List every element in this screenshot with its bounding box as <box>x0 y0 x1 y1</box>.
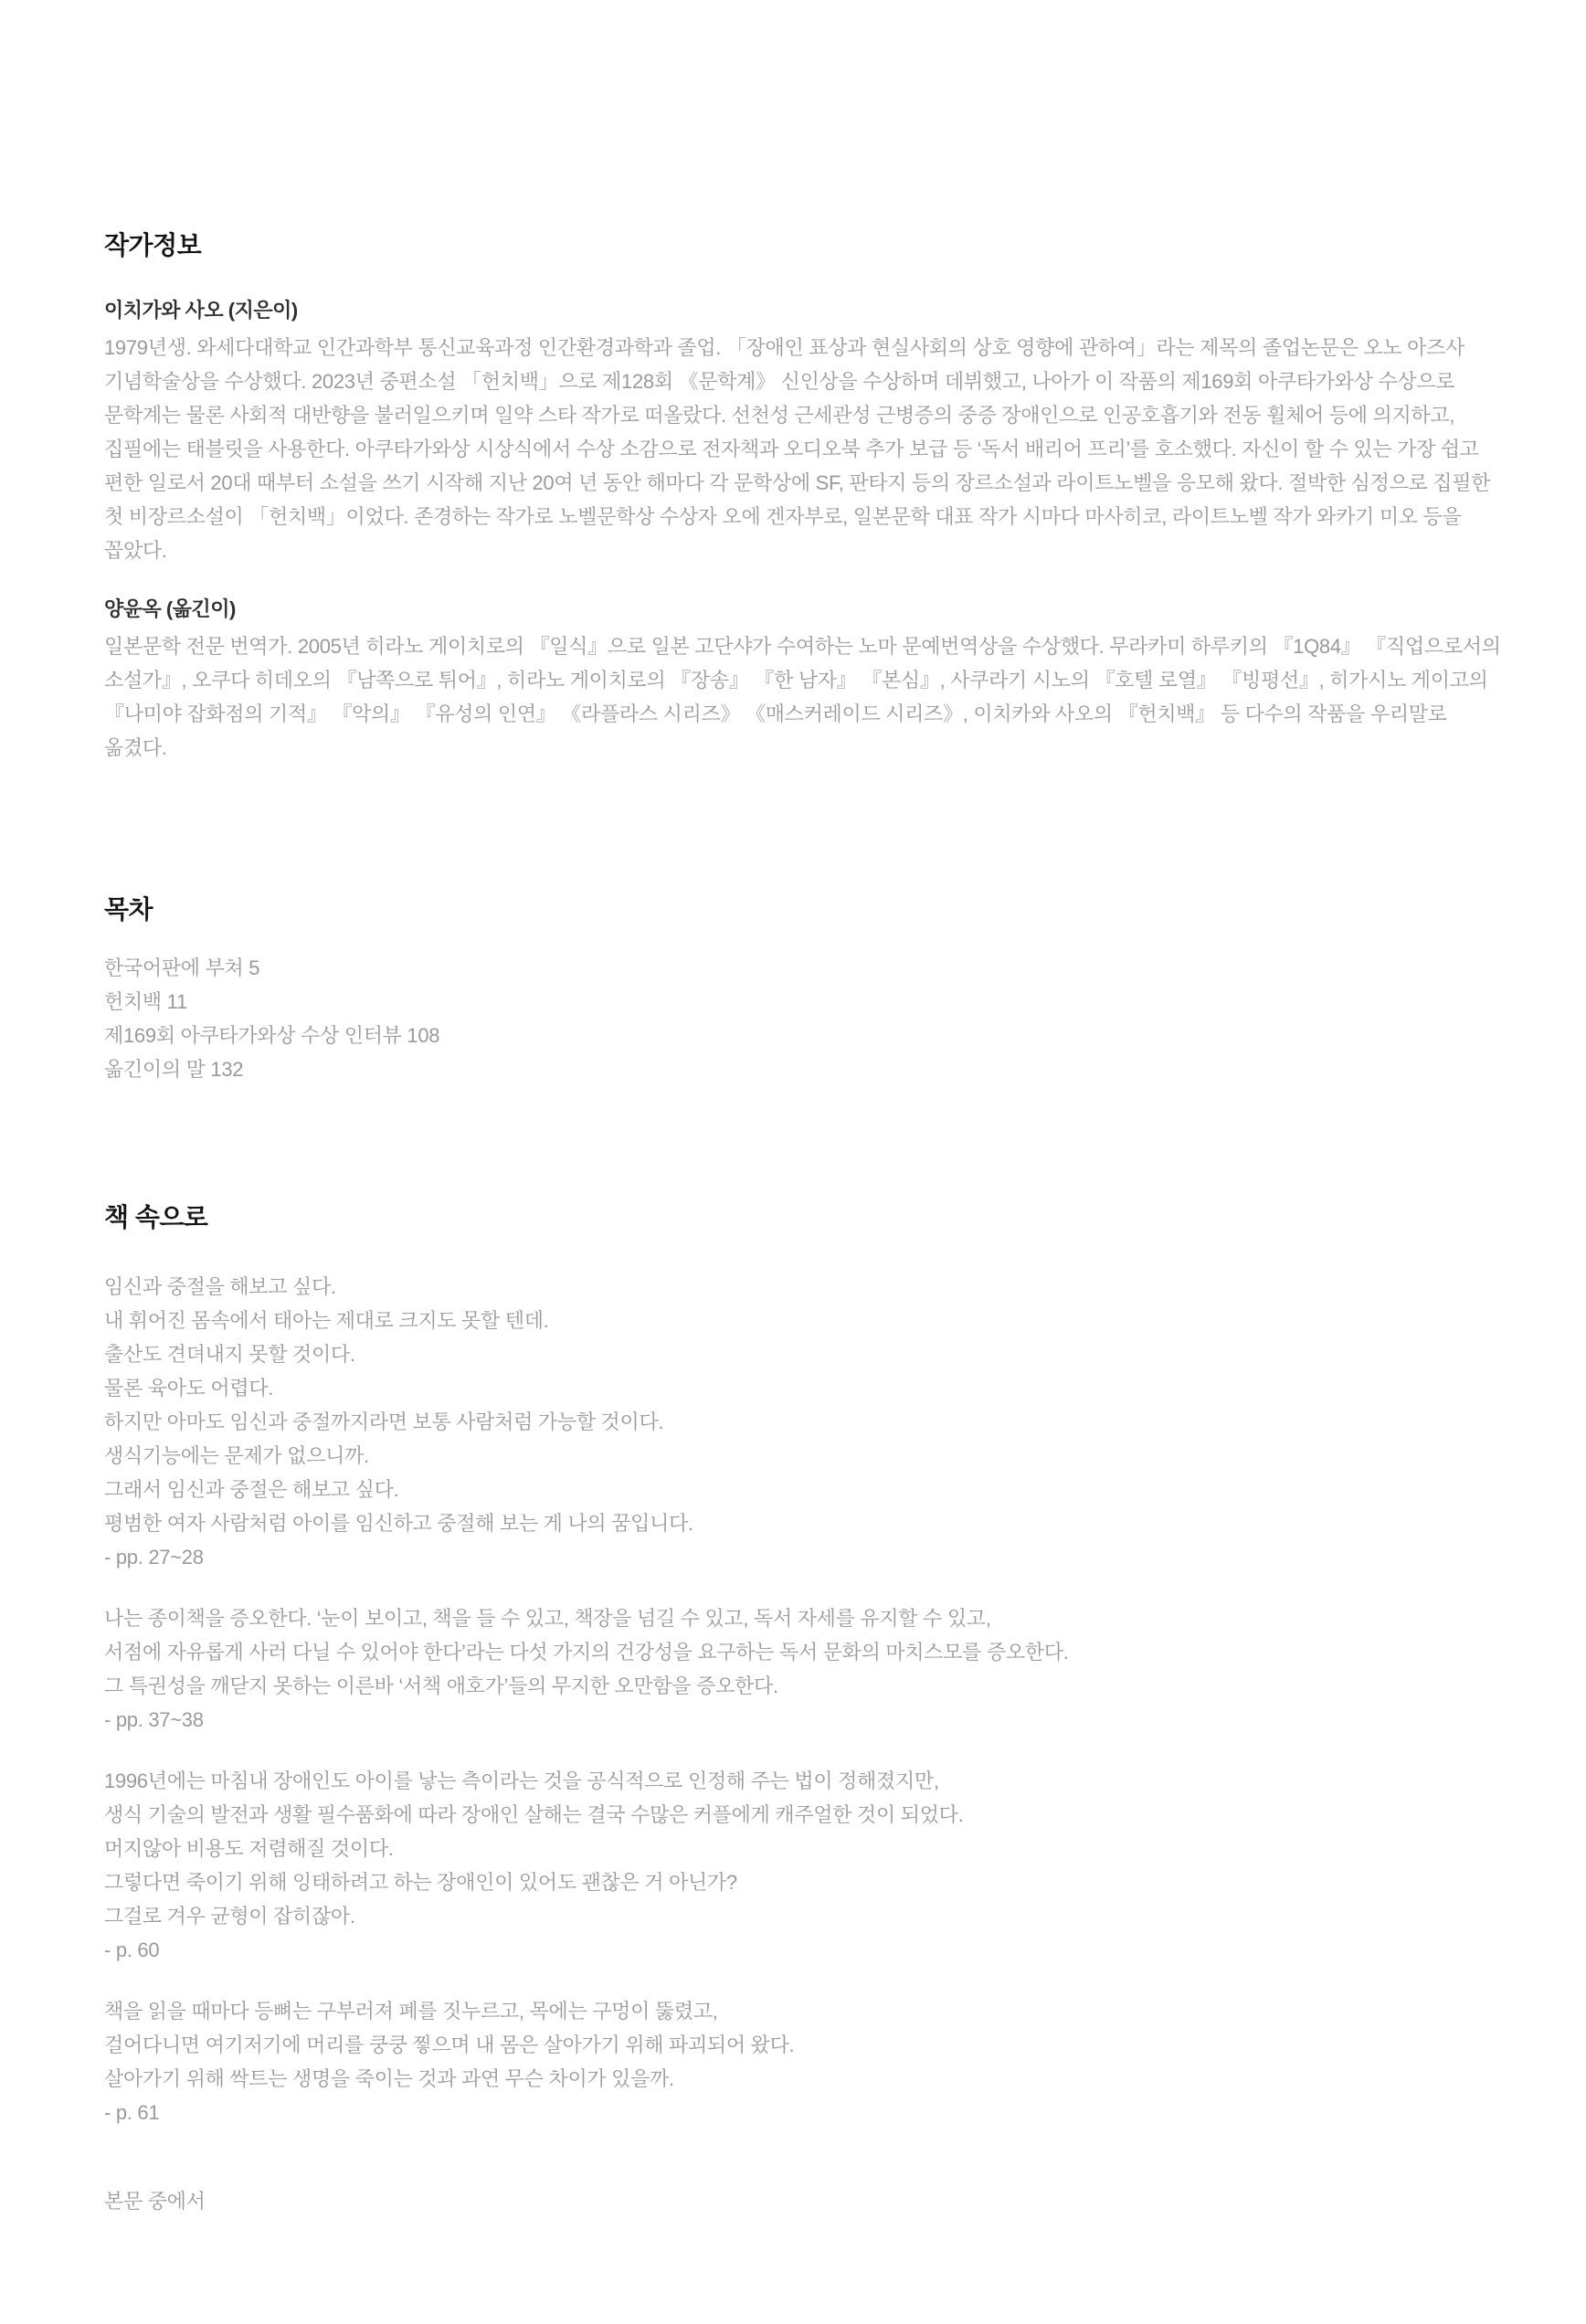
excerpt-quote: 1996년에는 마침내 장애인도 아이를 낳는 측이라는 것을 공식적으로 인정… <box>104 1764 1507 1967</box>
section-author-info: 작가정보 이치가와 사오 (지은이) 1979년생. 와세다대학교 인간과학부 … <box>104 230 1507 765</box>
excerpt-page-ref: - p. 61 <box>104 2096 1507 2129</box>
toc-item: 헌치백 11 <box>104 985 1507 1019</box>
translator-name: 양윤옥 (옮긴이) <box>104 595 1507 624</box>
excerpt-source-label: 본문 중에서 <box>104 2184 1507 2218</box>
excerpt-text: 책을 읽을 때마다 등뼈는 구부러져 폐를 짓누르고, 목에는 구멍이 뚫렸고,… <box>104 1994 1507 2096</box>
excerpt-text: 임신과 중절을 해보고 싶다. 내 휘어진 몸속에서 태아는 제대로 크지도 못… <box>104 1270 1507 1540</box>
author-block: 이치가와 사오 (지은이) 1979년생. 와세다대학교 인간과학부 통신교육과… <box>104 296 1507 567</box>
excerpt-page-ref: - pp. 37~38 <box>104 1703 1507 1737</box>
author-bio: 1979년생. 와세다대학교 인간과학부 통신교육과정 인간환경과학과 졸업. … <box>104 331 1507 567</box>
translator-bio: 일본문학 전문 번역가. 2005년 히라노 게이치로의 『일식』으로 일본 고… <box>104 629 1507 765</box>
excerpt-text: 나는 종이책을 증오한다. ‘눈이 보이고, 책을 들 수 있고, 책장을 넘길… <box>104 1601 1507 1703</box>
section-book-excerpts: 책 속으로 임신과 중절을 해보고 싶다. 내 휘어진 몸속에서 태아는 제대로… <box>104 1202 1507 2218</box>
toc-section-title: 목차 <box>104 894 1507 925</box>
book-detail-page: 작가정보 이치가와 사오 (지은이) 1979년생. 와세다대학교 인간과학부 … <box>0 0 1586 2324</box>
excerpts-section-title: 책 속으로 <box>104 1202 1507 1233</box>
excerpt-page-ref: - p. 60 <box>104 1933 1507 1967</box>
section-toc: 목차 한국어판에 부쳐 5 헌치백 11 제169회 아쿠타가와상 수상 인터뷰… <box>104 894 1507 1086</box>
author-info-section-title: 작가정보 <box>104 230 1507 261</box>
excerpt-text: 1996년에는 마침내 장애인도 아이를 낳는 측이라는 것을 공식적으로 인정… <box>104 1764 1507 1933</box>
toc-item: 제169회 아쿠타가와상 수상 인터뷰 108 <box>104 1019 1507 1052</box>
excerpt-quote: 나는 종이책을 증오한다. ‘눈이 보이고, 책을 들 수 있고, 책장을 넘길… <box>104 1601 1507 1737</box>
toc-list: 한국어판에 부쳐 5 헌치백 11 제169회 아쿠타가와상 수상 인터뷰 10… <box>104 951 1507 1086</box>
excerpt-quote: 임신과 중절을 해보고 싶다. 내 휘어진 몸속에서 태아는 제대로 크지도 못… <box>104 1270 1507 1574</box>
excerpt-quote: 책을 읽을 때마다 등뼈는 구부러져 폐를 짓누르고, 목에는 구멍이 뚫렸고,… <box>104 1994 1507 2129</box>
toc-item: 옮긴이의 말 132 <box>104 1052 1507 1086</box>
toc-item: 한국어판에 부쳐 5 <box>104 951 1507 985</box>
author-name: 이치가와 사오 (지은이) <box>104 296 1507 325</box>
excerpt-page-ref: - pp. 27~28 <box>104 1540 1507 1574</box>
translator-block: 양윤옥 (옮긴이) 일본문학 전문 번역가. 2005년 히라노 게이치로의 『… <box>104 595 1507 765</box>
